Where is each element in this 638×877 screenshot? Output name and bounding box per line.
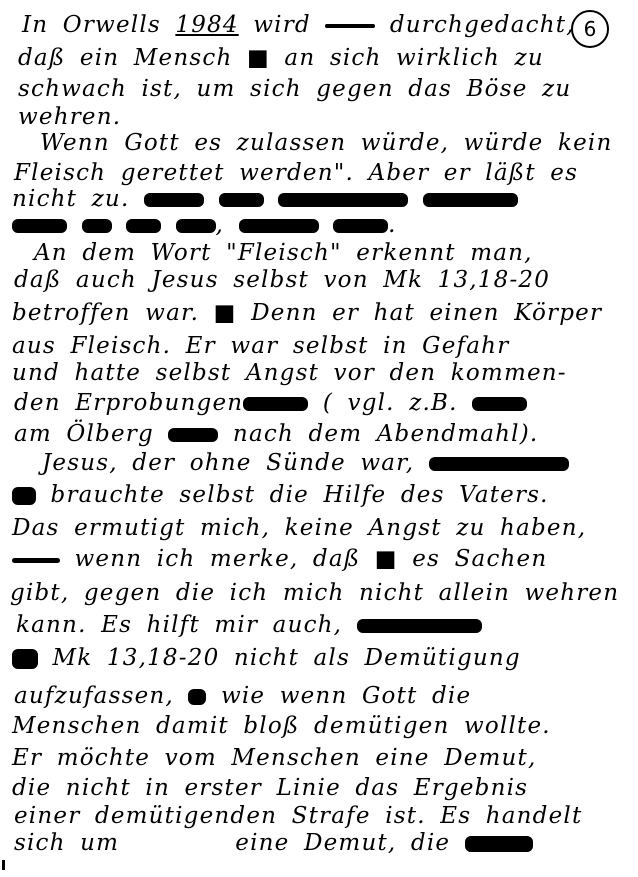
text-line-21: kann. Es hilft mir auch, (16, 612, 482, 638)
scribbled-out-text (429, 457, 569, 471)
page-number-circle: 6 (571, 10, 609, 48)
text-line-20: gibt, gegen die ich mich nicht allein we… (10, 580, 619, 606)
text-line-10: daß auch Jesus selbst von Mk 13,18-20 (14, 267, 550, 293)
text-line-12: aus Fleisch. Er war selbst in Gefahr (12, 333, 509, 359)
line-text: durchgedacht, (375, 12, 574, 38)
line-text: sich um (14, 830, 119, 856)
text-line-4: wehren. (18, 104, 121, 130)
text-line-25: Er möchte vom Menschen eine Demut, (12, 745, 537, 771)
scribbled-out-text (278, 193, 408, 207)
line-text: den Erprobungen (14, 390, 243, 416)
scribbled-out-text (472, 397, 527, 411)
text-line-8: , . (12, 212, 397, 238)
line-text: In Orwells (22, 12, 175, 38)
scribbled-out-text (333, 219, 388, 233)
text-line-26: die nicht in erster Linie das Ergebnis (12, 775, 528, 801)
underlined-title: 1984 (175, 12, 238, 38)
text-line-23: aufzufassen, wie wenn Gott die (14, 683, 471, 709)
scribbled-out-text (144, 193, 204, 207)
scribbled-out-text (12, 487, 36, 505)
text-line-2: daß ein Mensch ■ an sich wirklich zu (18, 45, 544, 71)
scribbled-out-text (12, 649, 38, 669)
scribbled-out-text (126, 219, 161, 233)
scribbled-out-text (239, 219, 319, 233)
line-text: am Ölberg (14, 421, 168, 447)
crossed-out-word (325, 24, 375, 28)
scribbled-out-text (176, 219, 216, 233)
text-line-22: Mk 13,18-20 nicht als Demütigung (12, 645, 521, 671)
text-line-15: am Ölberg nach dem Abendmahl). (14, 421, 538, 447)
scribbled-out-text (188, 689, 206, 705)
text-line-14: den Erprobungen ( vgl. z.B. (14, 390, 527, 416)
page-number: 6 (584, 17, 597, 41)
text-line-27: einer demütigenden Strafe ist. Es handel… (14, 803, 582, 829)
text-line-9: An dem Wort "Fleisch" erkennt man, (34, 240, 533, 266)
text-line-5: Wenn Gott es zulassen würde, würde kein (40, 130, 613, 156)
line-text: wenn ich merke, daß ■ es Sachen (75, 546, 548, 572)
text-line-11: betroffen war. ■ Denn er hat einen Körpe… (12, 300, 602, 326)
scribbled-out-text (168, 428, 218, 442)
scribbled-out-text (423, 193, 518, 207)
scribbled-out-text (357, 619, 482, 633)
line-text: nicht zu. (12, 186, 144, 212)
text-line-18: Das ermutigt mich, keine Angst zu haben, (12, 515, 586, 541)
line-text: Jesus, der ohne Sünde war, (42, 450, 414, 476)
scribbled-out-text (12, 219, 67, 233)
text-line-24: Menschen damit bloß demütigen wollte. (12, 713, 551, 739)
text-line-28: sich um eine Demut, die (14, 830, 533, 856)
line-text: nach dem Abendmahl). (218, 421, 538, 447)
scribbled-out-text (219, 193, 264, 207)
text-line-6: Fleisch gerettet werden". Aber er läßt e… (14, 160, 578, 186)
line-text: wird (239, 12, 326, 38)
text-line-16: Jesus, der ohne Sünde war, (42, 450, 569, 476)
scribbled-out-text (243, 397, 308, 411)
scan-artifact (2, 860, 5, 870)
text-line-7: nicht zu. (12, 186, 518, 212)
handwritten-page: 6 In Orwells 1984 wird durchgedacht, daß… (0, 0, 638, 877)
line-text: brauchte selbst die Hilfe des Vaters. (51, 482, 549, 508)
crossed-out-word (12, 558, 60, 563)
line-text: eine Demut, die (235, 830, 450, 856)
text-line-17: brauchte selbst die Hilfe des Vaters. (12, 482, 549, 508)
text-line-3: schwach ist, um sich gegen das Böse zu (18, 76, 571, 102)
scribbled-out-text (465, 836, 533, 852)
line-text: Mk 13,18-20 nicht als Demütigung (53, 645, 521, 671)
scribbled-out-text (82, 219, 112, 233)
line-text: kann. Es hilft mir auch, (16, 612, 342, 638)
text-line-13: und hatte selbst Angst vor den kommen- (12, 360, 567, 386)
line-text: wie wenn Gott die (221, 683, 471, 709)
text-line-19: wenn ich merke, daß ■ es Sachen (12, 546, 547, 572)
line-text: ( vgl. z.B. (308, 390, 472, 416)
text-line-1: In Orwells 1984 wird durchgedacht, (22, 12, 575, 38)
line-text: aufzufassen, (14, 683, 174, 709)
